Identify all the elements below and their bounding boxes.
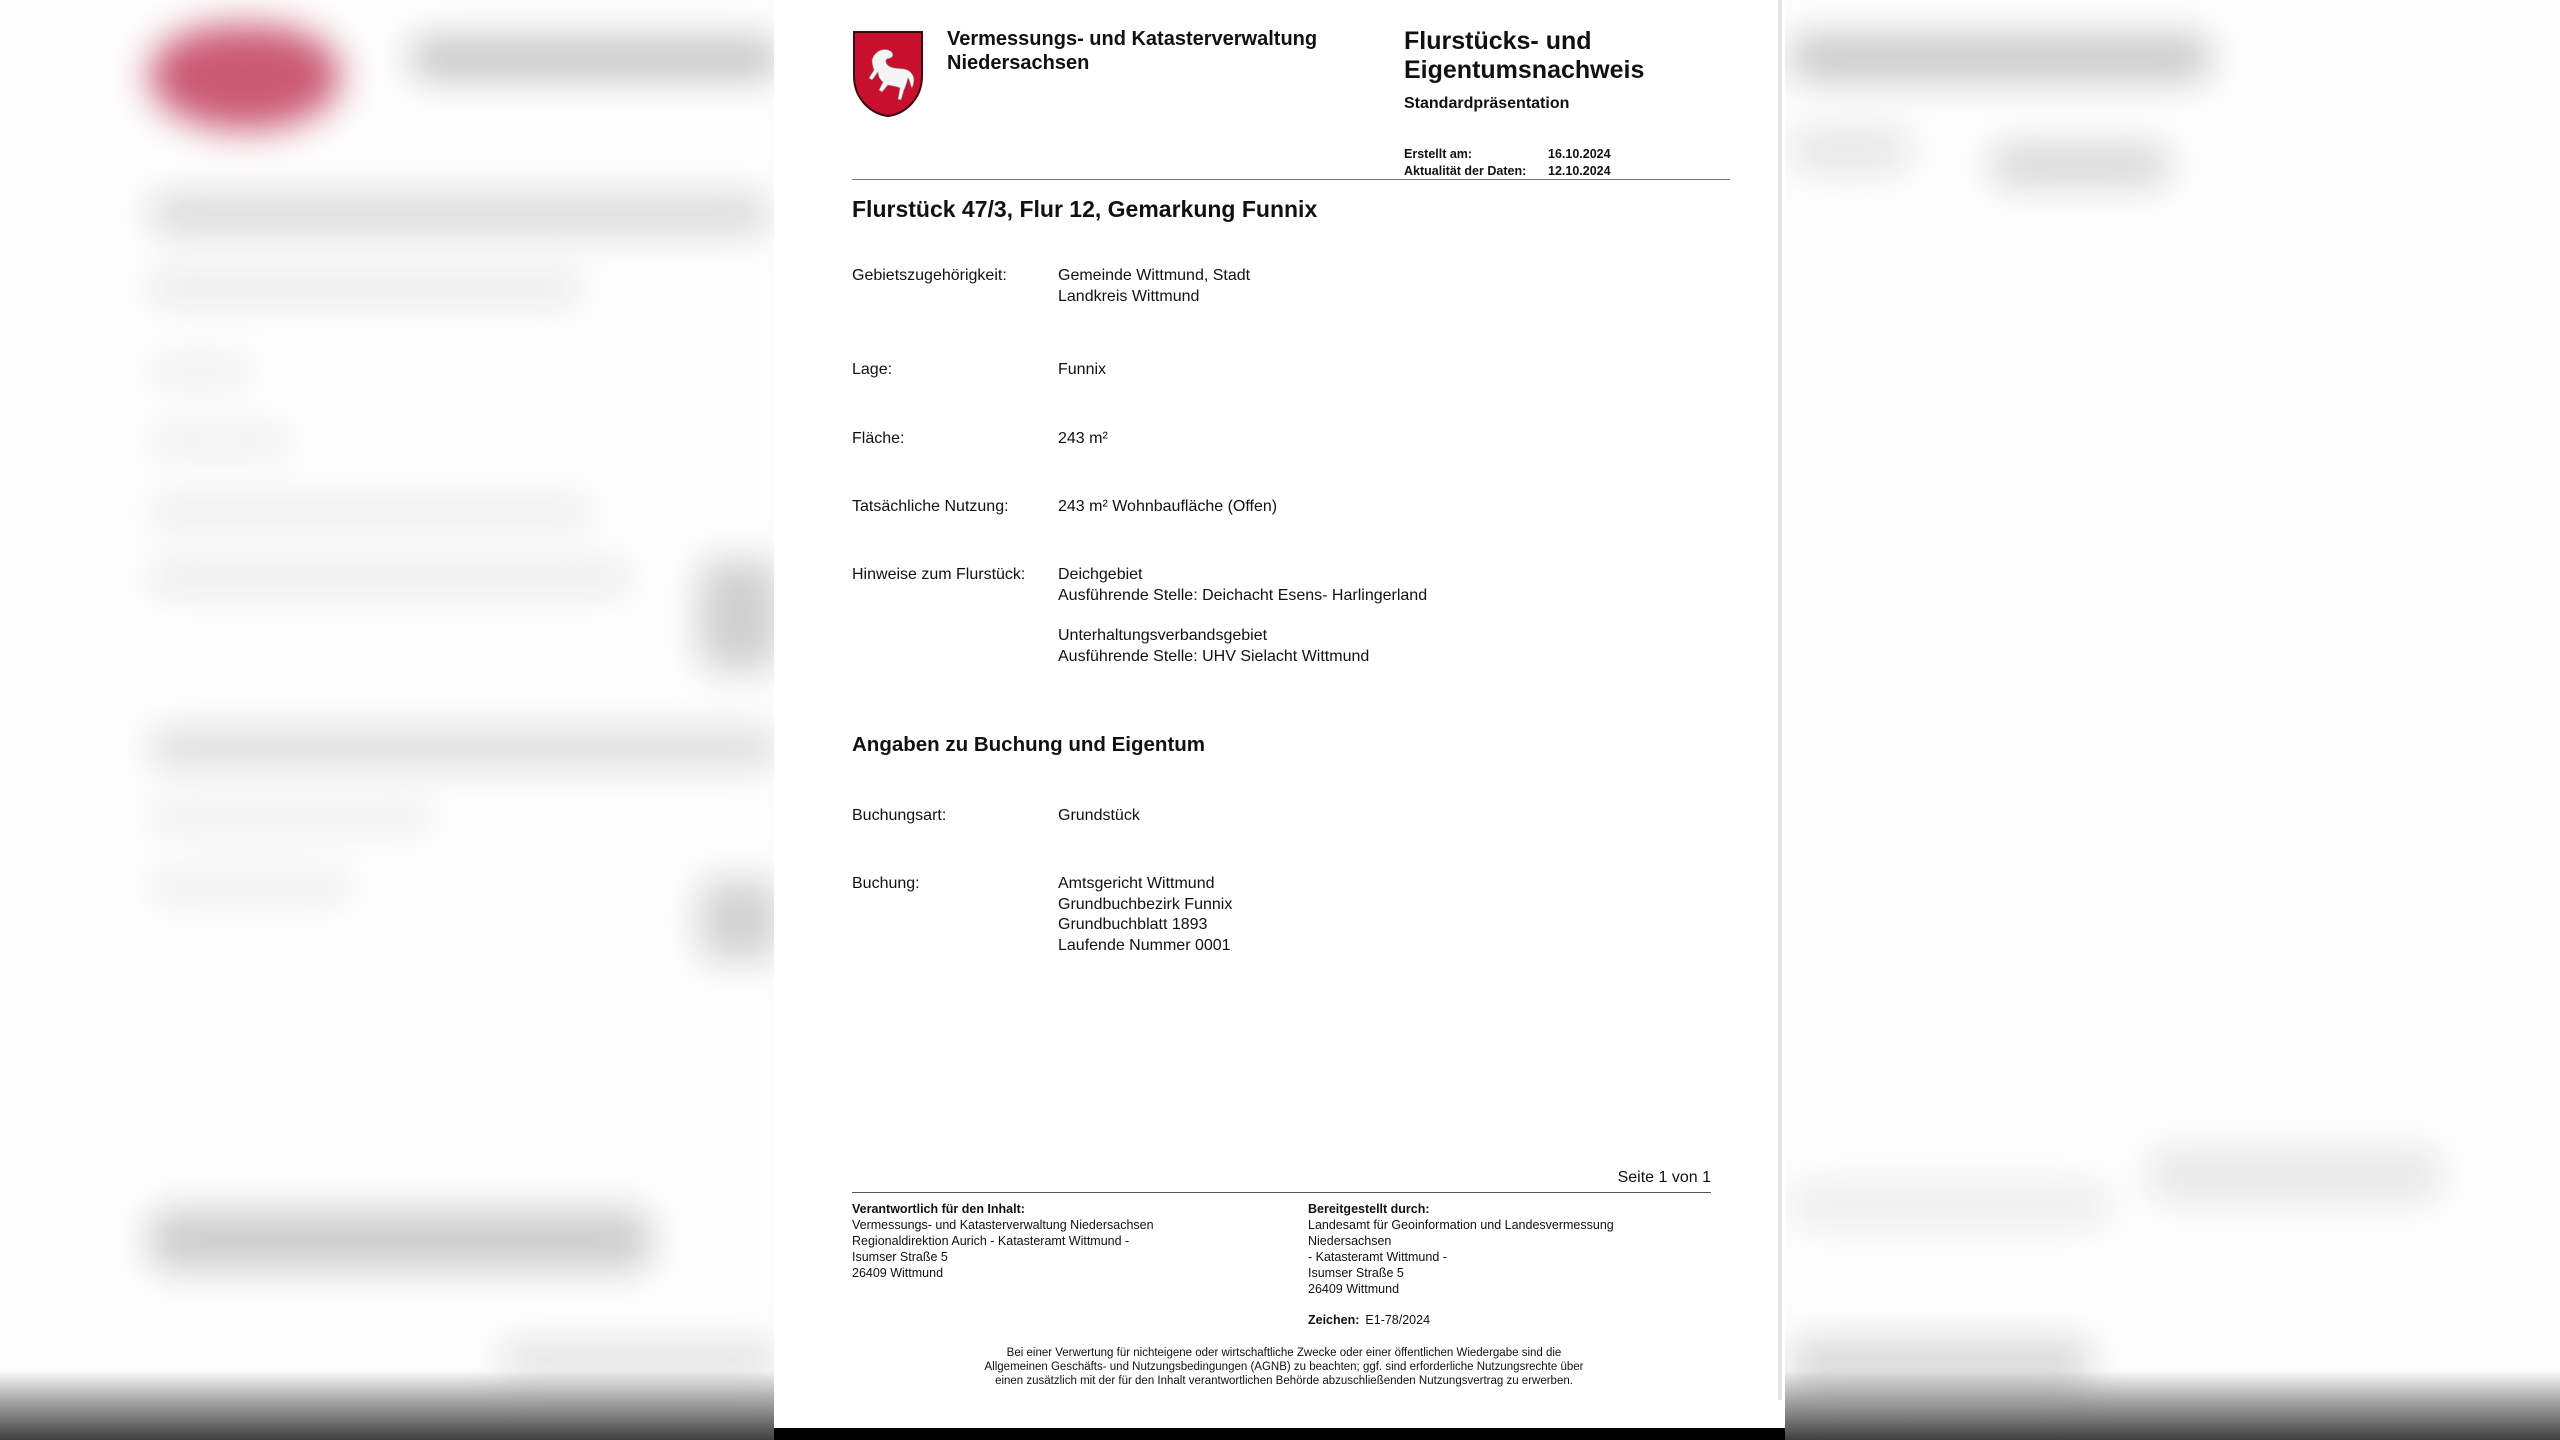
meta-label: Aktualität der Daten: [1404, 163, 1548, 180]
document-title-line: Eigentumsnachweis [1404, 56, 1644, 85]
address-line: 26409 Wittmund [852, 1265, 1154, 1281]
responsible-heading: Verantwortlich für den Inhalt: [852, 1201, 1154, 1217]
meta-value: 16.10.2024 [1548, 146, 1611, 163]
document-subtitle: Standardpräsentation [1404, 95, 1569, 113]
field-value-line: 243 m² [1058, 429, 1108, 450]
field-label: Buchung: [852, 874, 1058, 956]
address-line: Niedersachsen [1308, 1233, 1614, 1249]
blurred-text [150, 875, 350, 899]
address-line: Isumser Straße 5 [1308, 1265, 1614, 1281]
disclaimer-line: Allgemeinen Geschäfts- und Nutzungsbedin… [924, 1360, 1644, 1374]
field-value-line: Grundstück [1058, 806, 1140, 827]
disclaimer-line: Bei einer Verwertung für nichteigene ode… [924, 1346, 1644, 1360]
address-line: Vermessungs- und Katasterverwaltung Nied… [852, 1217, 1154, 1233]
field-label: Buchungsart: [852, 806, 1058, 827]
provided-by: Bereitgestellt durch: Landesamt für Geoi… [1308, 1201, 1614, 1297]
parcel-heading: Flurstück 47/3, Flur 12, Gemarkung Funni… [852, 196, 1317, 223]
document-title-line: Flurstücks- und [1404, 27, 1644, 56]
booking-heading: Angaben zu Buchung und Eigentum [852, 733, 1205, 757]
field-gebietszugehoerigkeit: Gebietszugehörigkeit: Gemeinde Wittmund,… [852, 266, 1250, 307]
address-line: Landesamt für Geoinformation und Landesv… [1308, 1217, 1614, 1233]
reference-value: E1-78/2024 [1365, 1313, 1430, 1327]
field-buchungsart: Buchungsart: Grundstück [852, 806, 1140, 827]
field-value-line: Gemeinde Wittmund, Stadt [1058, 266, 1250, 287]
field-value-line: Amtsgericht Wittmund [1058, 874, 1232, 895]
field-label: Fläche: [852, 429, 1058, 450]
blurred-text [150, 275, 580, 301]
field-value-line: Deichgebiet [1058, 565, 1427, 586]
field-value: 243 m² Wohnbaufläche (Offen) [1058, 497, 1277, 518]
field-value-line: Laufende Nummer 0001 [1058, 936, 1232, 957]
header-divider [852, 179, 1730, 180]
blurred-text [150, 1210, 650, 1270]
field-value: Funnix [1058, 360, 1106, 381]
field-value-line: Ausführende Stelle: UHV Sielacht Wittmun… [1058, 647, 1427, 668]
blurred-text [150, 565, 630, 591]
field-value: Amtsgericht Wittmund Grundbuchbezirk Fun… [1058, 874, 1232, 956]
blurred-text [410, 38, 780, 78]
field-value-line: Grundbuchbezirk Funnix [1058, 895, 1232, 916]
bottom-bar [774, 1428, 1785, 1440]
field-value: 243 m² [1058, 429, 1108, 450]
address-line: Regionaldirektion Aurich - Katasteramt W… [852, 1233, 1154, 1249]
document-title: Flurstücks- und Eigentumsnachweis [1404, 27, 1644, 85]
blurred-text [150, 730, 780, 766]
blurred-text [700, 880, 780, 960]
usage-disclaimer: Bei einer Verwertung für nichteigene ode… [924, 1346, 1644, 1388]
field-tatsaechliche-nutzung: Tatsächliche Nutzung: 243 m² Wohnbaufläc… [852, 497, 1277, 518]
field-label: Hinweise zum Flurstück: [852, 565, 1058, 667]
page-edge [1778, 0, 1782, 1400]
field-value-line: 243 m² Wohnbaufläche (Offen) [1058, 497, 1277, 518]
horse-coat-of-arms-icon [852, 30, 924, 118]
field-label: Tatsächliche Nutzung: [852, 497, 1058, 518]
page-indicator: Seite 1 von 1 [1618, 1169, 1711, 1187]
meta-data-currency: Aktualität der Daten: 12.10.2024 [1404, 163, 1611, 180]
address-line: 26409 Wittmund [1308, 1281, 1614, 1297]
field-label: Gebietszugehörigkeit: [852, 266, 1058, 307]
organization-name: Vermessungs- und Katasterverwaltung Nied… [947, 27, 1317, 75]
field-value-line: Funnix [1058, 360, 1106, 381]
disclaimer-line: einen zusätzlich mit der für den Inhalt … [924, 1374, 1644, 1388]
field-value-line: Grundbuchblatt 1893 [1058, 915, 1232, 936]
blurred-text [150, 500, 590, 524]
meta-label: Erstellt am: [1404, 146, 1548, 163]
provided-by-heading: Bereitgestellt durch: [1308, 1201, 1614, 1217]
document-page: Vermessungs- und Katasterverwaltung Nied… [774, 0, 1785, 1428]
spacer [1058, 606, 1427, 626]
organization-name-line: Niedersachsen [947, 51, 1317, 75]
blurred-text [150, 805, 430, 829]
field-hinweise: Hinweise zum Flurstück: Deichgebiet Ausf… [852, 565, 1427, 667]
blurred-text [1990, 145, 2170, 185]
blurred-text [1790, 35, 2210, 80]
blurred-text [2150, 1150, 2440, 1200]
field-value-line: Ausführende Stelle: Deichacht Esens- Har… [1058, 586, 1427, 607]
field-value: Grundstück [1058, 806, 1140, 827]
field-label: Lage: [852, 360, 1058, 381]
blurred-text [150, 195, 770, 233]
blurred-text [1790, 130, 1910, 170]
blurred-logo [150, 25, 340, 130]
document-meta: Erstellt am: 16.10.2024 Aktualität der D… [1404, 146, 1611, 179]
field-value-line: Unterhaltungsverbandsgebiet [1058, 626, 1427, 647]
responsible-authority: Verantwortlich für den Inhalt: Vermessun… [852, 1201, 1154, 1281]
organization-name-line: Vermessungs- und Katasterverwaltung [947, 27, 1317, 51]
field-buchung: Buchung: Amtsgericht Wittmund Grundbuchb… [852, 874, 1232, 956]
blurred-text [150, 360, 250, 382]
reference-label: Zeichen: [1308, 1313, 1359, 1327]
field-value: Gemeinde Wittmund, Stadt Landkreis Wittm… [1058, 266, 1250, 307]
field-lage: Lage: Funnix [852, 360, 1106, 381]
blurred-text [150, 430, 290, 452]
address-line: Isumser Straße 5 [852, 1249, 1154, 1265]
meta-value: 12.10.2024 [1548, 163, 1611, 180]
footer-divider [852, 1192, 1711, 1193]
address-line: - Katasteramt Wittmund - [1308, 1249, 1614, 1265]
blurred-text [1790, 1185, 2110, 1225]
blurred-text [700, 560, 780, 670]
reference-number: Zeichen:E1-78/2024 [1308, 1313, 1430, 1327]
field-flaeche: Fläche: 243 m² [852, 429, 1108, 450]
meta-created: Erstellt am: 16.10.2024 [1404, 146, 1611, 163]
field-value: Deichgebiet Ausführende Stelle: Deichach… [1058, 565, 1427, 667]
field-value-line: Landkreis Wittmund [1058, 287, 1250, 308]
